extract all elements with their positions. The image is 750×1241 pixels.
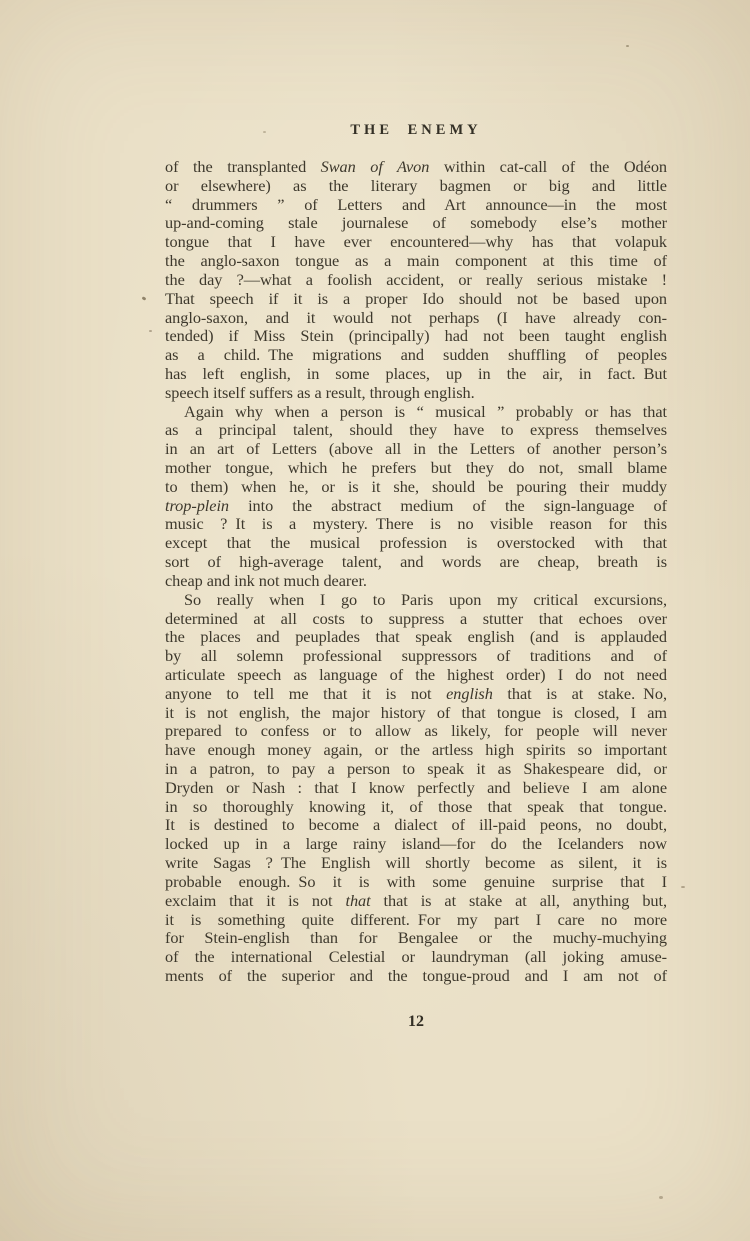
ink-speck (142, 296, 147, 301)
text-line: cheap and ink not much dearer. (165, 572, 667, 591)
text-line: “ drummers ” of Letters and Art announce… (165, 196, 667, 215)
text-line: as a principal talent, should they have … (165, 421, 667, 440)
text-line: for Stein-english than for Bengalee or t… (165, 929, 667, 948)
text-line: tended) if Miss Stein (principally) had … (165, 327, 667, 346)
text-line: or elsewhere) as the literary bagmen or … (165, 177, 667, 196)
text-line: the anglo-saxon tongue as a main compone… (165, 252, 667, 271)
text-line: in so thoroughly knowing it, of those th… (165, 798, 667, 817)
ink-speck (263, 131, 266, 133)
text-line: of the transplanted Swan of Avon within … (165, 158, 667, 177)
text-line: mother tongue, which he prefers but they… (165, 459, 667, 478)
ink-speck (149, 330, 152, 332)
text-line: speech itself suffers as a result, throu… (165, 384, 667, 403)
text-line: locked up in a large rainy island—for do… (165, 835, 667, 854)
page-number: 12 (165, 1013, 667, 1031)
text-line: trop-plein into the abstract medium of t… (165, 497, 667, 516)
text-block: of the transplanted Swan of Avon within … (165, 158, 667, 986)
ink-speck (681, 886, 685, 888)
text-line: sort of high-average talent, and words a… (165, 553, 667, 572)
text-line: anyone to tell me that it is not english… (165, 685, 667, 704)
text-line: anglo-saxon, and it would not perhaps (I… (165, 309, 667, 328)
running-header: THE ENEMY (165, 122, 667, 139)
text-line: prepared to confess or to allow as likel… (165, 722, 667, 741)
paragraph: Again why when a person is “ musical ” p… (165, 403, 667, 591)
text-line: by all solemn professional suppressors o… (165, 647, 667, 666)
paragraph: of the transplanted Swan of Avon within … (165, 158, 667, 403)
paragraph: So really when I go to Paris upon my cri… (165, 591, 667, 986)
text-line: the day ?—what a foolish accident, or re… (165, 271, 667, 290)
text-line: music ? It is a mystery. There is no vis… (165, 515, 667, 534)
text-line: exclaim that it is not that that is at s… (165, 892, 667, 911)
text-line: ments of the superior and the tongue-pro… (165, 967, 667, 986)
text-line: So really when I go to Paris upon my cri… (165, 591, 667, 610)
book-page: THE ENEMY of the transplanted Swan of Av… (0, 0, 750, 1241)
text-line: write Sagas ? The English will shortly b… (165, 854, 667, 873)
text-line: of the international Celestial or laundr… (165, 948, 667, 967)
text-line: as a child. The migrations and sudden sh… (165, 346, 667, 365)
text-line: it is not english, the major history of … (165, 704, 667, 723)
text-line: have enough money again, or the artless … (165, 741, 667, 760)
text-line: determined at all costs to suppress a st… (165, 610, 667, 629)
text-line: tongue that I have ever encountered—why … (165, 233, 667, 252)
text-line: Dryden or Nash : that I know perfectly a… (165, 779, 667, 798)
text-line: up-and-coming stale journalese of somebo… (165, 214, 667, 233)
text-line: to them) when he, or is it she, should b… (165, 478, 667, 497)
ink-speck (659, 1196, 663, 1199)
text-line: in an art of Letters (above all in the L… (165, 440, 667, 459)
text-line: It is destined to become a dialect of il… (165, 816, 667, 835)
text-line: it is something quite different. For my … (165, 911, 667, 930)
text-line: probable enough. So it is with some genu… (165, 873, 667, 892)
ink-speck (626, 45, 629, 47)
text-line: the places and peuplades that speak engl… (165, 628, 667, 647)
text-line: except that the musical profession is ov… (165, 534, 667, 553)
text-line: in a patron, to pay a person to speak it… (165, 760, 667, 779)
text-line: has left english, in some places, up in … (165, 365, 667, 384)
text-line: That speech if it is a proper Ido should… (165, 290, 667, 309)
text-line: articulate speech as language of the hig… (165, 666, 667, 685)
text-line: Again why when a person is “ musical ” p… (165, 403, 667, 422)
